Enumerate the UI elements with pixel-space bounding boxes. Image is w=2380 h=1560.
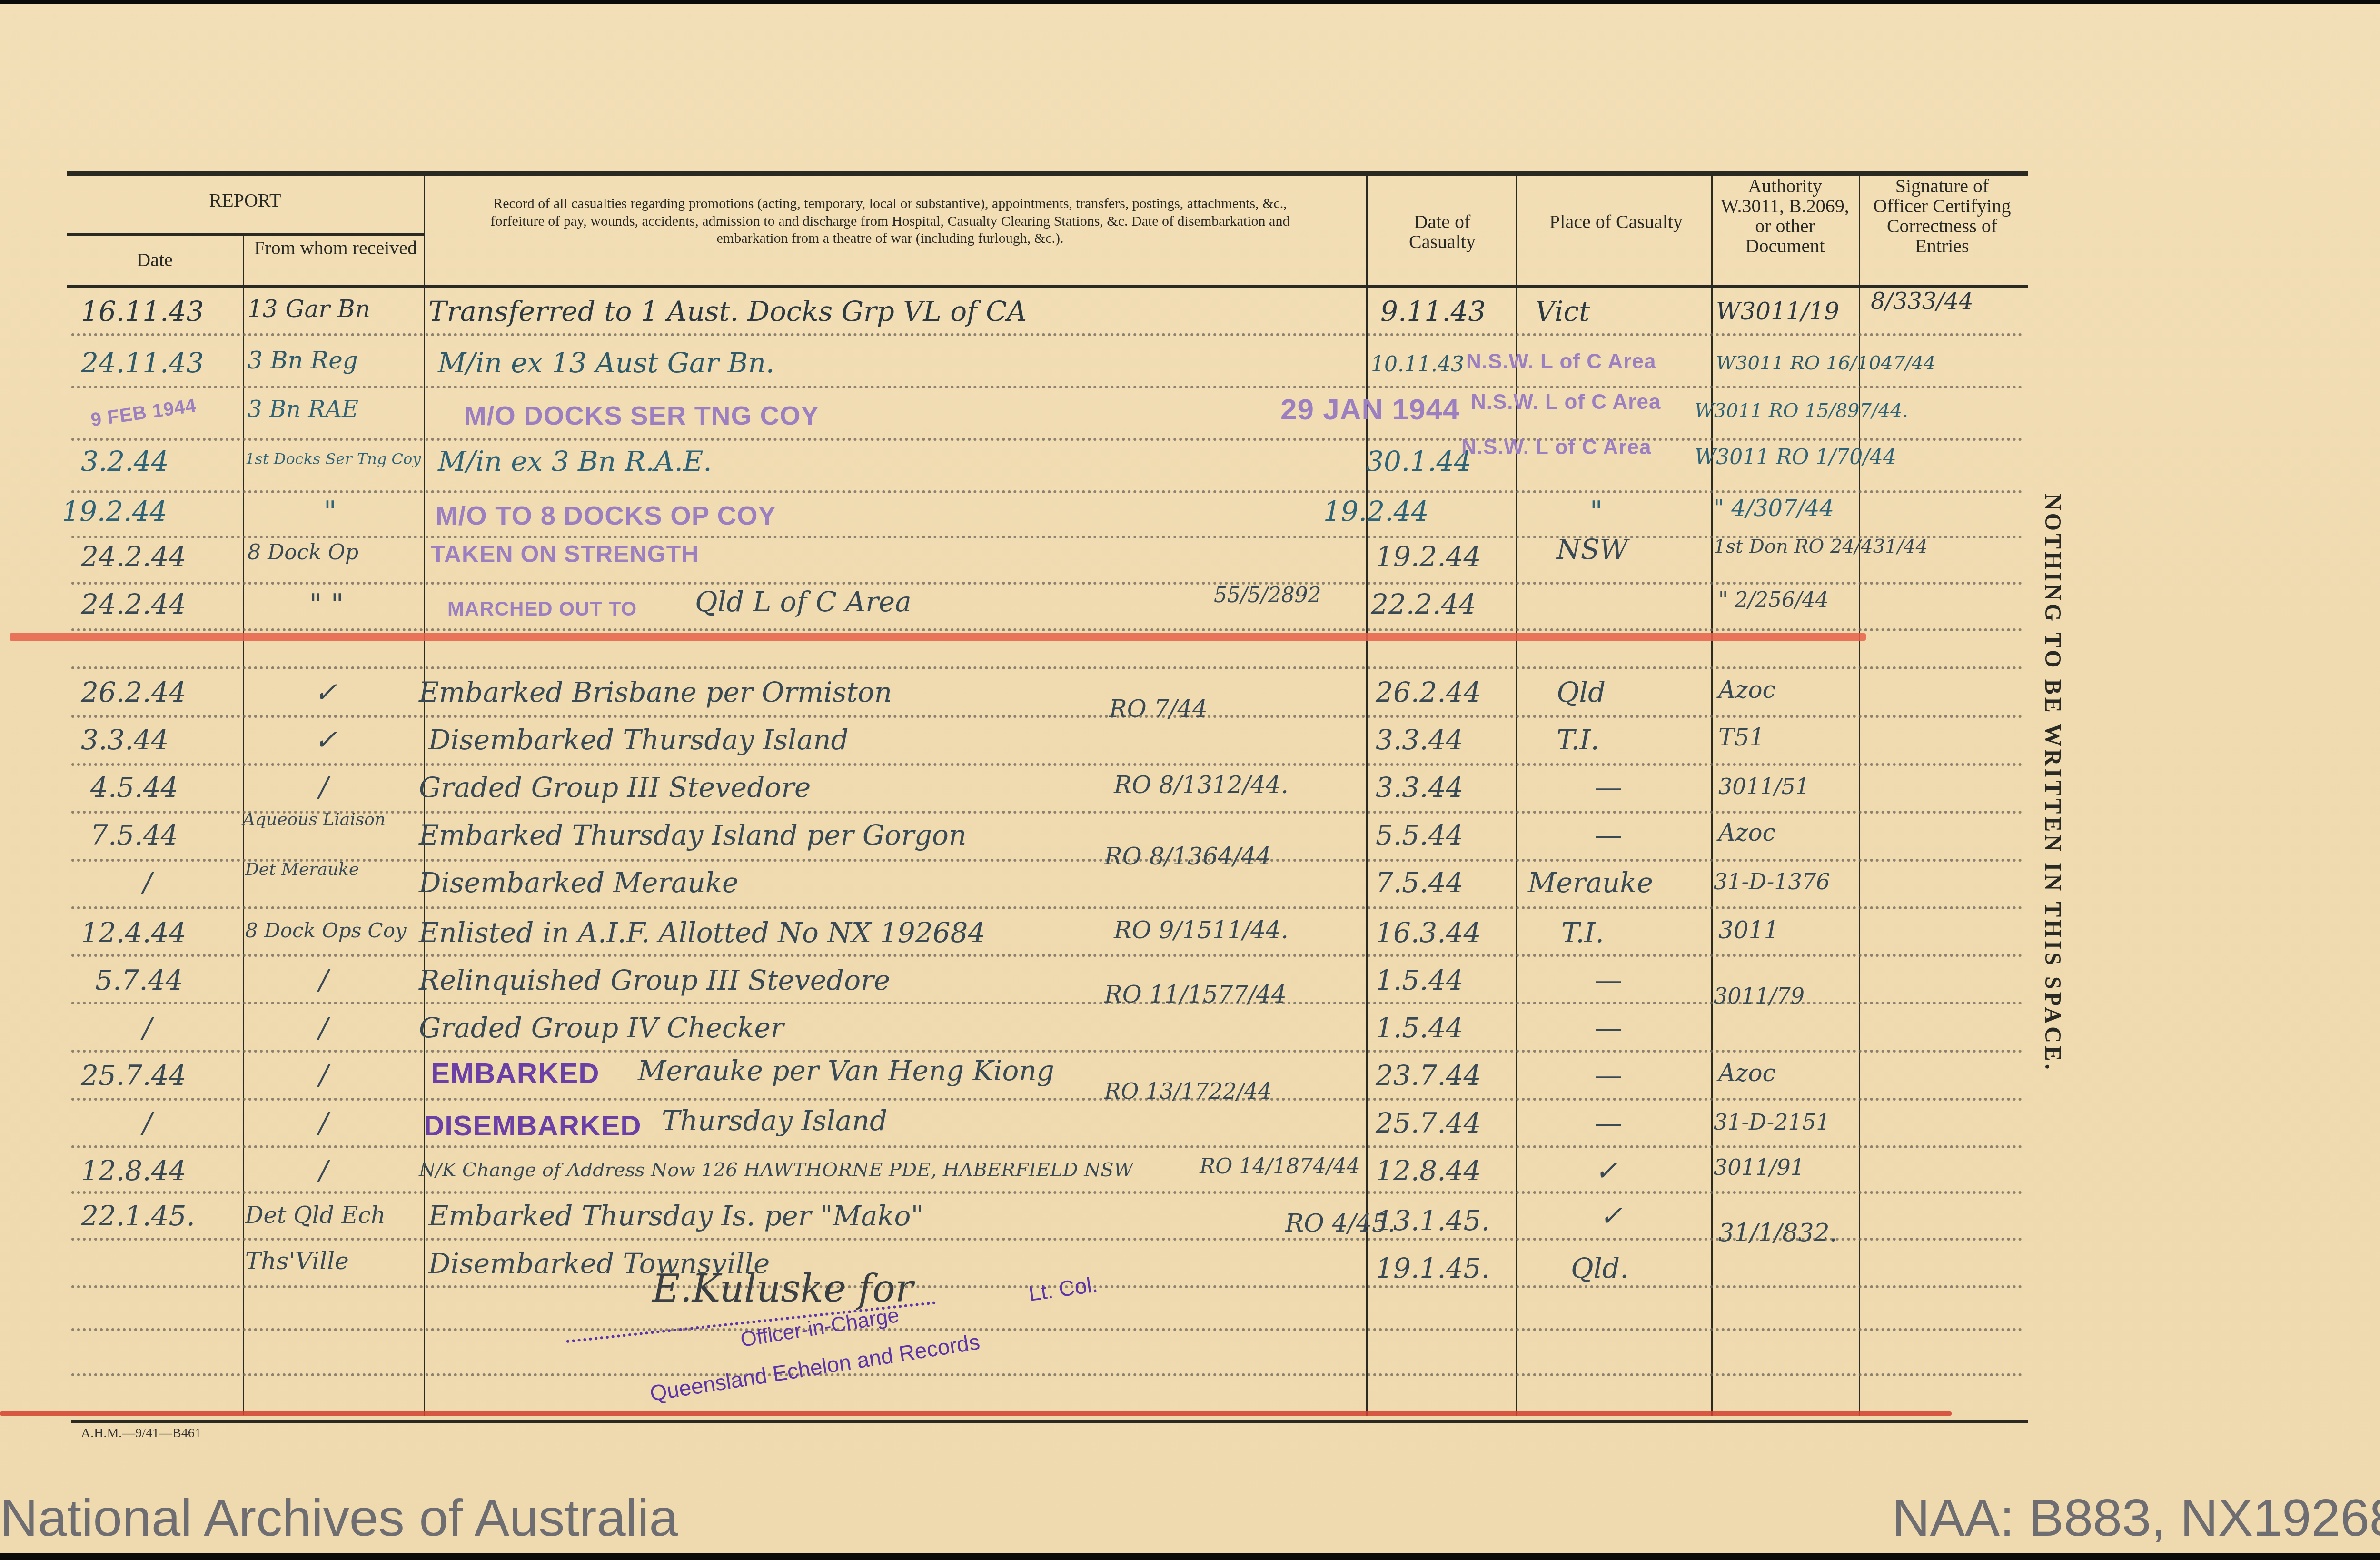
row4-from: " bbox=[324, 495, 337, 527]
row16-date-cas: 25.7.44 bbox=[1376, 1107, 1481, 1139]
row0-record: Transferred to 1 Aust. Docks Grp VL of C… bbox=[428, 295, 1027, 328]
row13-authority: 3011/79 bbox=[1714, 983, 1805, 1009]
row9-date: 4.5.44 bbox=[90, 771, 178, 804]
row2-date-stamp: 9 FEB 1944 bbox=[89, 395, 198, 431]
side-note-nothing-to-be-written: NOTHING TO BE WRITTEN IN THIS SPACE. bbox=[2033, 467, 2066, 1100]
row12-date: 12.4.44 bbox=[81, 916, 186, 949]
row10-from: Aqueous Liaison bbox=[243, 809, 424, 830]
row13-record: Relinquished Group III Stevedore bbox=[419, 964, 890, 996]
row16-date: / bbox=[143, 1107, 152, 1139]
row5-from: 8 Dock Op bbox=[248, 540, 358, 565]
row10-place: — bbox=[1595, 819, 1622, 851]
row18-place: ✓ bbox=[1599, 1200, 1623, 1232]
row8-date: 3.3.44 bbox=[81, 724, 169, 756]
row17-auth-inline: RO 14/1874/44 bbox=[1200, 1154, 1360, 1179]
row5-date-cas: 19.2.44 bbox=[1376, 540, 1481, 573]
row8-from: ✓ bbox=[314, 724, 337, 756]
row1-from: 3 Bn Reg bbox=[248, 347, 358, 374]
row9-authority: 3011/51 bbox=[1718, 774, 1809, 799]
row10-record: Embarked Thursday Island per Gorgon bbox=[419, 819, 966, 851]
row17-authority: 3011/91 bbox=[1714, 1154, 1805, 1180]
row7-from: ✓ bbox=[314, 676, 337, 708]
row4-date: 19.2.44 bbox=[62, 495, 167, 527]
row16-record-handwritten: Thursday Island bbox=[662, 1104, 887, 1137]
header-date: Date bbox=[67, 250, 243, 270]
row10-auth-inline: RO 8/1364/44 bbox=[1104, 843, 1271, 870]
red-divider-line bbox=[10, 633, 1866, 641]
row13-date-cas: 1.5.44 bbox=[1376, 964, 1463, 996]
row16-place: — bbox=[1595, 1107, 1622, 1139]
row1-date: 24.11.43 bbox=[81, 347, 204, 379]
row5-place: NSW bbox=[1557, 533, 1628, 566]
row0-date: 16.11.43 bbox=[81, 295, 204, 328]
header-from-whom: From whom received bbox=[248, 238, 424, 258]
row0-date-cas: 9.11.43 bbox=[1380, 295, 1486, 328]
row16-authority: 31-D-2151 bbox=[1714, 1109, 1830, 1135]
row18-date-cas: 13.1.45. bbox=[1376, 1204, 1490, 1237]
service-casualty-form: REPORT Date From whom received Record of… bbox=[0, 0, 2380, 1560]
row11-date: / bbox=[143, 866, 152, 899]
archive-reference: NAA: B883, NX192684 bbox=[1892, 1488, 2380, 1548]
row0-from: 13 Gar Bn bbox=[248, 295, 370, 323]
row5-authority: 1st Don RO 24/431/44 bbox=[1714, 536, 1928, 557]
row11-place: Merauke bbox=[1528, 866, 1653, 899]
form-code: A.H.M.—9/41—B461 bbox=[81, 1426, 201, 1441]
row3-record: M/in ex 3 Bn R.A.E. bbox=[438, 445, 712, 477]
row13-auth-inline: RO 11/1577/44 bbox=[1104, 981, 1287, 1008]
red-bottom-line bbox=[0, 1411, 1952, 1416]
header-authority: Authority W.3011, B.2069, or other Docum… bbox=[1721, 176, 1849, 256]
row9-from: / bbox=[319, 771, 328, 804]
row6-from: " " bbox=[309, 588, 344, 620]
row17-place: ✓ bbox=[1595, 1154, 1618, 1187]
report-sub-rule bbox=[67, 233, 424, 236]
row3-date-cas: 30.1.44 bbox=[1366, 445, 1471, 477]
row10-date-cas: 5.5.44 bbox=[1376, 819, 1463, 851]
row12-auth-inline: RO 9/1511/44. bbox=[1114, 916, 1289, 944]
row15-date-cas: 23.7.44 bbox=[1376, 1059, 1481, 1092]
row15-auth-inline: RO 13/1722/44 bbox=[1104, 1078, 1272, 1104]
row2-from: 3 Bn RAE bbox=[248, 396, 358, 423]
row15-from: / bbox=[319, 1059, 328, 1092]
row13-date: 5.7.44 bbox=[95, 964, 183, 996]
row11-from: Det Merauke bbox=[245, 859, 426, 880]
row7-auth-inline: RO 7/44 bbox=[1109, 695, 1208, 723]
row15-record-handwritten: Merauke per Van Heng Kiong bbox=[638, 1054, 1054, 1087]
header-place-of-casualty: Place of Casualty bbox=[1537, 212, 1695, 232]
row6-record-handwritten: Qld L of C Area bbox=[695, 586, 912, 618]
row1-authority: W3011 RO 16/1047/44 bbox=[1716, 352, 1936, 374]
row0-sig: 8/333/44 bbox=[1871, 288, 1973, 315]
row8-date-cas: 3.3.44 bbox=[1376, 724, 1463, 756]
row6-stamp-marched-out: MARCHED OUT TO bbox=[447, 597, 637, 620]
row18-date: 22.1.45. bbox=[81, 1200, 195, 1232]
row7-authority: Azoc bbox=[1718, 676, 1776, 704]
row14-place: — bbox=[1595, 1012, 1622, 1044]
row17-from: / bbox=[319, 1154, 328, 1187]
row19-date-cas: 19.1.45. bbox=[1376, 1252, 1490, 1284]
row8-authority: T51 bbox=[1718, 724, 1765, 751]
row18-from: Det Qld Ech bbox=[245, 1202, 386, 1229]
row14-from: / bbox=[319, 1012, 328, 1044]
row6-authority: " 2/256/44 bbox=[1718, 588, 1829, 612]
row3-place-stamp: N.S.W. L of C Area bbox=[1461, 436, 1651, 459]
row12-authority: 3011 bbox=[1718, 916, 1779, 944]
scan-edge-bottom bbox=[0, 1553, 2380, 1560]
row6-date-cas: 22.2.44 bbox=[1371, 588, 1476, 620]
row11-authority: 31-D-1376 bbox=[1714, 869, 1830, 894]
row11-record: Disembarked Merauke bbox=[419, 866, 738, 899]
row13-place: — bbox=[1595, 964, 1622, 996]
row0-authority: W3011/19 bbox=[1716, 298, 1839, 325]
row0-place: Vict bbox=[1535, 295, 1590, 328]
row4-record-stamp: M/O TO 8 DOCKS OP COY bbox=[436, 500, 776, 531]
row19-place: Qld. bbox=[1571, 1252, 1629, 1284]
row15-place: — bbox=[1595, 1059, 1622, 1092]
row1-date-cas: 10.11.43 bbox=[1371, 352, 1464, 377]
row2-place-stamp: N.S.W. L of C Area bbox=[1471, 390, 1661, 414]
col-divider-place bbox=[1711, 174, 1713, 1416]
row17-record: N/K Change of Address Now 126 HAWTHORNE … bbox=[419, 1159, 1133, 1181]
row7-date-cas: 26.2.44 bbox=[1376, 676, 1481, 708]
row13-from: / bbox=[319, 964, 328, 996]
row19-from: Ths'Ville bbox=[245, 1247, 349, 1275]
row14-date-cas: 1.5.44 bbox=[1376, 1012, 1463, 1044]
row18-record: Embarked Thursday Is. per "Mako" bbox=[428, 1200, 923, 1232]
header-signature: Signature of Officer Certifying Correctn… bbox=[1866, 176, 2018, 256]
row18-authority: 31/1/832. bbox=[1718, 1219, 1837, 1247]
row11-date-cas: 7.5.44 bbox=[1376, 866, 1463, 899]
header-record-description: Record of all casualties regarding promo… bbox=[486, 195, 1295, 248]
row12-from: 8 Dock Ops Coy bbox=[245, 919, 407, 942]
row3-authority: W3011 RO 1/70/44 bbox=[1695, 445, 1896, 469]
row4-date-cas: 19.2.44 bbox=[1323, 495, 1428, 527]
row1-record: M/in ex 13 Aust Gar Bn. bbox=[438, 347, 774, 379]
row15-authority: Azoc bbox=[1718, 1059, 1776, 1087]
row7-record: Embarked Brisbane per Ormiston bbox=[419, 676, 892, 708]
row3-date: 3.2.44 bbox=[81, 445, 169, 477]
row17-date-cas: 12.8.44 bbox=[1376, 1154, 1481, 1187]
row4-place: " bbox=[1590, 495, 1603, 527]
row2-record-stamp: M/O DOCKS SER TNG COY bbox=[464, 400, 819, 431]
row1-place-stamp: N.S.W. L of C Area bbox=[1466, 350, 1656, 374]
row9-record: Graded Group III Stevedore bbox=[419, 771, 811, 804]
officer-signature: E.Kuluske for bbox=[652, 1266, 913, 1311]
row9-date-cas: 3.3.44 bbox=[1376, 771, 1463, 804]
row9-place: — bbox=[1595, 771, 1622, 804]
archive-watermark: National Archives of Australia bbox=[0, 1488, 678, 1548]
row14-record: Graded Group IV Checker bbox=[419, 1012, 784, 1044]
scan-edge-top bbox=[0, 0, 2380, 4]
bottom-rule bbox=[71, 1420, 2028, 1423]
header-report: REPORT bbox=[67, 190, 424, 210]
row10-date: 7.5.44 bbox=[90, 819, 178, 851]
header-bottom-rule bbox=[67, 285, 2028, 288]
row3-from: 1st Docks Ser Tng Coy bbox=[245, 450, 421, 468]
row16-from: / bbox=[319, 1107, 328, 1139]
row15-date: 25.7.44 bbox=[81, 1059, 186, 1092]
row8-record: Disembarked Thursday Island bbox=[428, 724, 849, 756]
row10-authority: Azoc bbox=[1718, 819, 1776, 846]
row9-auth-inline: RO 8/1312/44. bbox=[1114, 771, 1289, 799]
row5-date: 24.2.44 bbox=[81, 540, 186, 573]
row2-date-cas-stamp: 29 JAN 1944 bbox=[1280, 393, 1459, 427]
top-rule bbox=[67, 171, 2028, 176]
row12-record: Enlisted in A.I.F. Allotted No NX 192684 bbox=[419, 916, 985, 949]
row12-place: T.I. bbox=[1561, 916, 1604, 949]
row4-authority: " 4/307/44 bbox=[1714, 495, 1834, 522]
row7-date: 26.2.44 bbox=[81, 676, 186, 708]
row12-date-cas: 16.3.44 bbox=[1376, 916, 1481, 949]
row17-date: 12.8.44 bbox=[81, 1154, 186, 1187]
signoff-rank: Lt. Col. bbox=[1027, 1271, 1099, 1306]
header-date-of-casualty: Date of Casualty bbox=[1380, 212, 1504, 252]
row2-authority: W3011 RO 15/897/44. bbox=[1695, 400, 1908, 422]
row7-place: Qld bbox=[1557, 676, 1606, 708]
row8-place: T.I. bbox=[1557, 724, 1599, 756]
row6-auth-inline: 55/5/2892 bbox=[1214, 583, 1321, 607]
row6-date: 24.2.44 bbox=[81, 588, 186, 620]
row14-date: / bbox=[143, 1012, 152, 1044]
